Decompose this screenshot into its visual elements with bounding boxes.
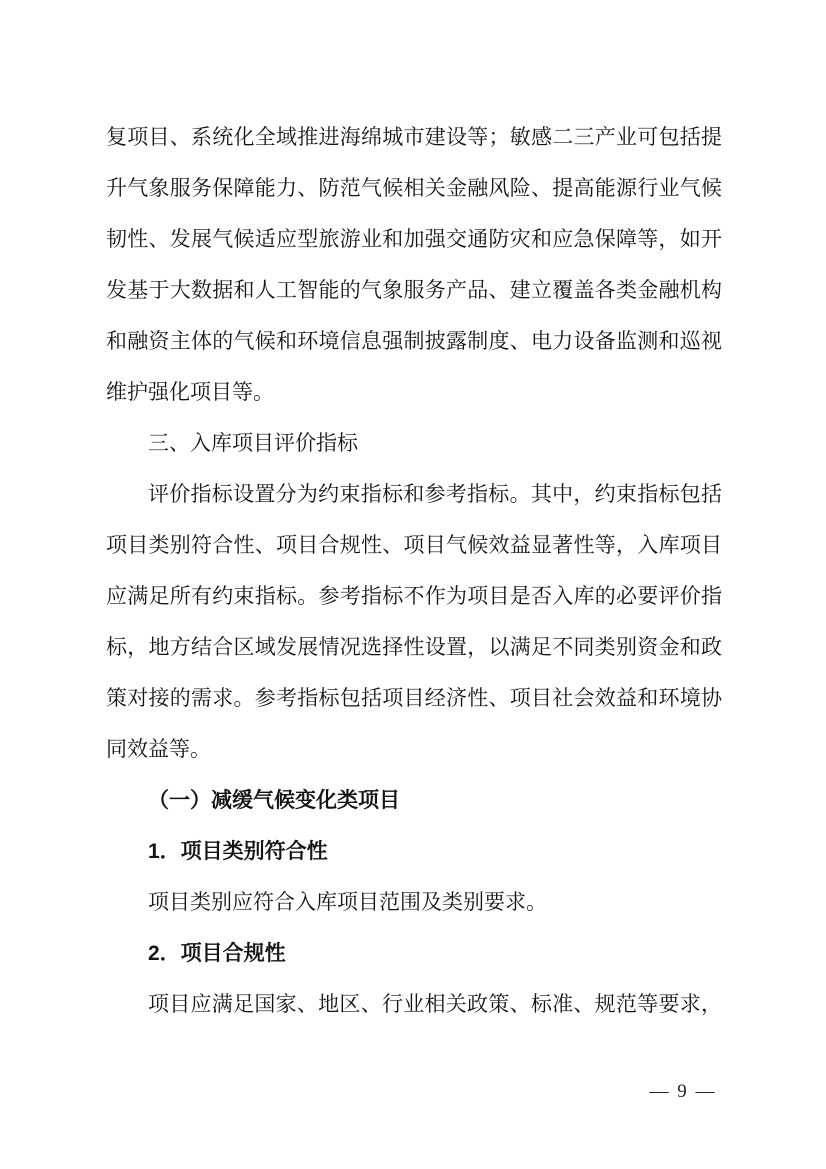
body-text-line: 项目类别符合性、项目合规性、项目气候效益显著性等，入库项目: [106, 520, 722, 571]
numbered-heading: 2．项目合规性: [106, 928, 722, 979]
body-text-line: 应满足所有约束指标。参考指标不作为项目是否入库的必要评价指: [106, 571, 722, 622]
page-number: — 9 —: [618, 1079, 748, 1105]
document-body: 复项目、系统化全域推进海绵城市建设等；敏感二三产业可包括提 升气象服务保障能力、…: [106, 112, 722, 1030]
body-text-line: 项目类别应符合入库项目范围及类别要求。: [106, 877, 722, 928]
body-text-line: 项目应满足国家、地区、行业相关政策、标准、规范等要求，: [106, 979, 722, 1030]
body-text-line: 升气象服务保障能力、防范气候相关金融风险、提高能源行业气候: [106, 163, 722, 214]
body-text-line: 标，地方结合区域发展情况选择性设置，以满足不同类别资金和政: [106, 622, 722, 673]
body-text-line: 同效益等。: [106, 724, 722, 775]
subsection-heading: （一）减缓气候变化类项目: [106, 775, 722, 826]
body-text-line: 和融资主体的气候和环境信息强制披露制度、电力设备监测和巡视: [106, 316, 722, 367]
numbered-heading: 1．项目类别符合性: [106, 826, 722, 877]
section-heading: 三、入库项目评价指标: [106, 418, 722, 469]
body-text-line: 评价指标设置分为约束指标和参考指标。其中，约束指标包括: [106, 469, 722, 520]
body-text-line: 韧性、发展气候适应型旅游业和加强交通防灾和应急保障等，如开: [106, 214, 722, 265]
body-text-line: 策对接的需求。参考指标包括项目经济性、项目社会效益和环境协: [106, 673, 722, 724]
document-page: 复项目、系统化全域推进海绵城市建设等；敏感二三产业可包括提 升气象服务保障能力、…: [0, 0, 826, 1169]
body-text-line: 复项目、系统化全域推进海绵城市建设等；敏感二三产业可包括提: [106, 112, 722, 163]
body-text-line: 发基于大数据和人工智能的气象服务产品、建立覆盖各类金融机构: [106, 265, 722, 316]
body-text-line: 维护强化项目等。: [106, 367, 722, 418]
